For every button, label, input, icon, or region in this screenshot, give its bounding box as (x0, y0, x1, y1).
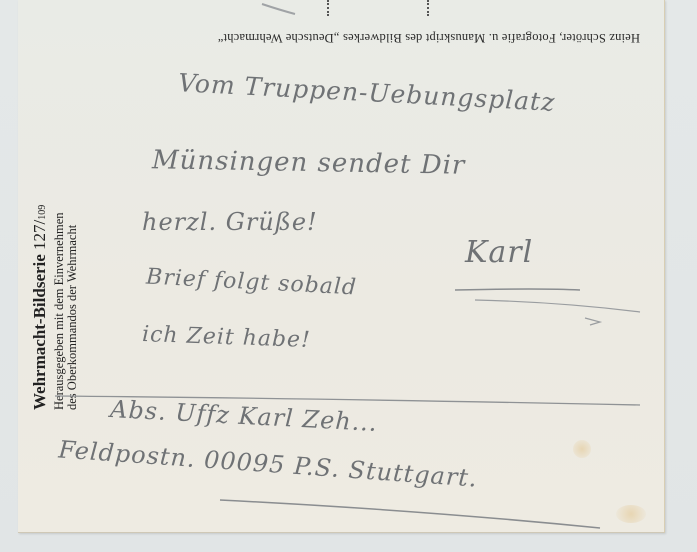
pencil-strokes (0, 0, 697, 552)
